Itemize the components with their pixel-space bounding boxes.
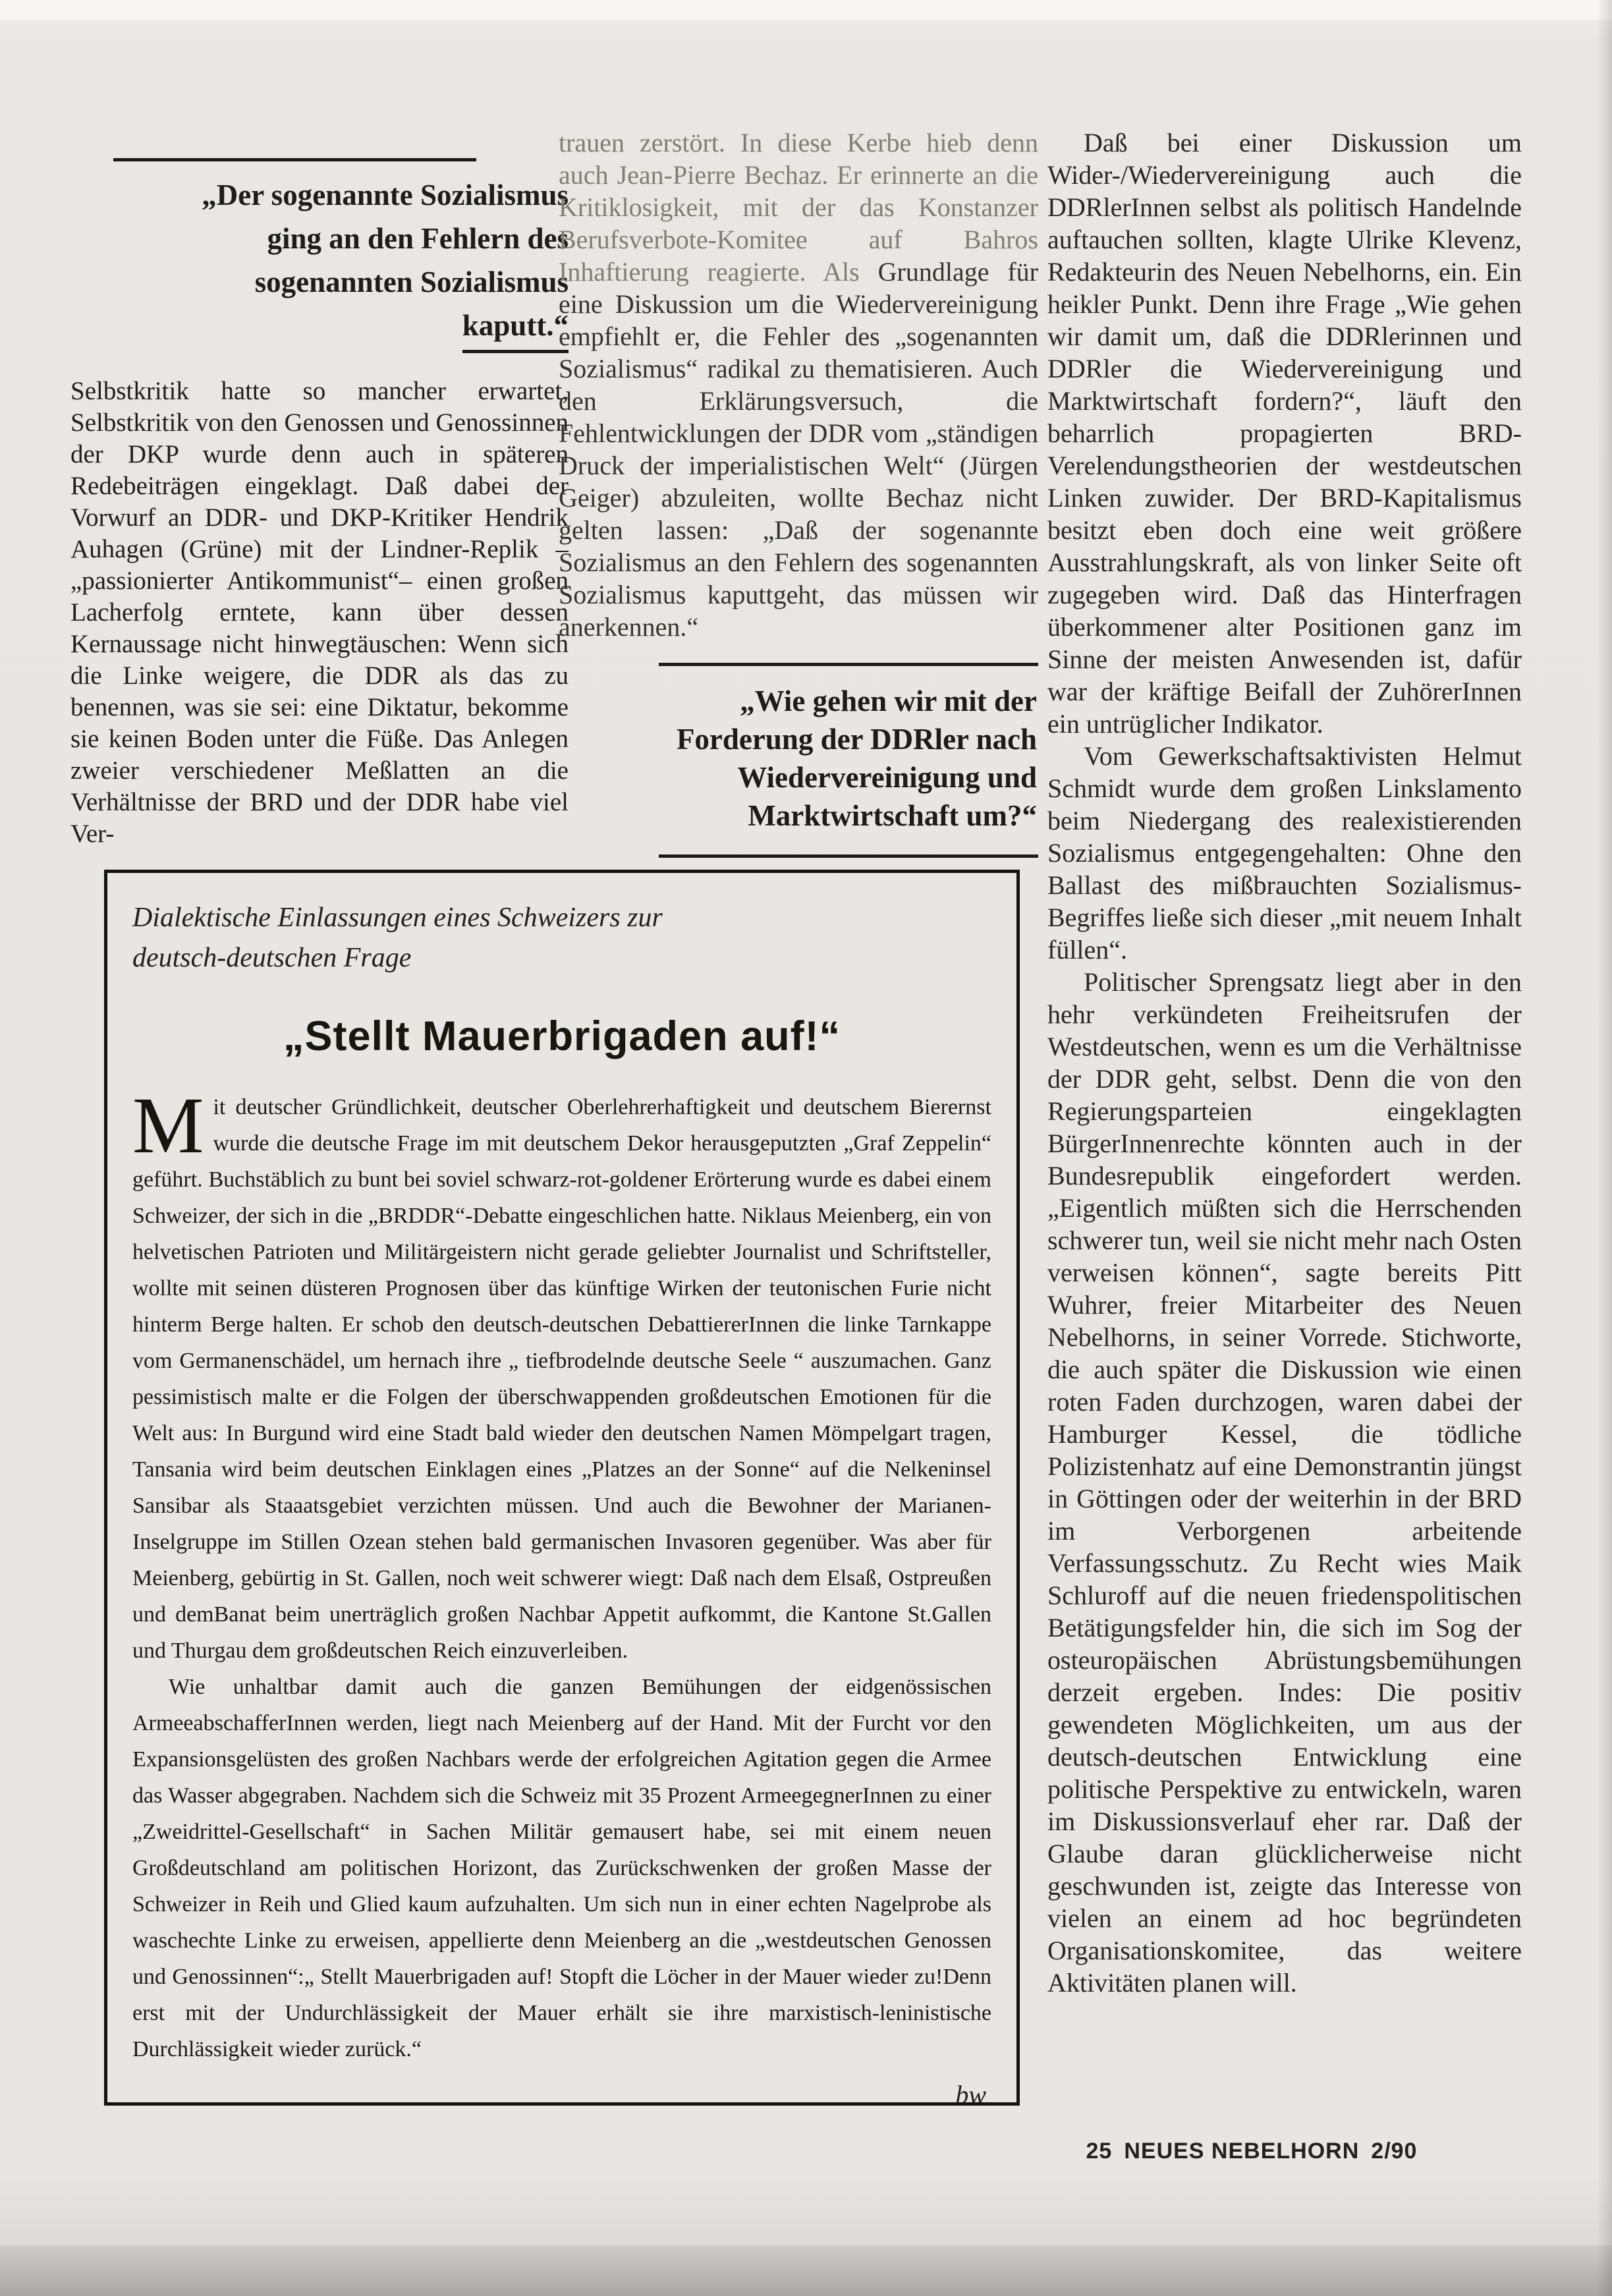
right-column: Daß bei einer Diskussion um Wider-/Wiede…: [1047, 126, 1522, 1999]
body-paragraph-middle: trauen zerstört. In diese Kerbe hieb den…: [559, 126, 1038, 643]
page-footer: 25NEUES NEBELHORN2/90: [1067, 2139, 1436, 2164]
scan-strip-top: [0, 0, 1612, 20]
page-number: 25: [1086, 2139, 1113, 2164]
box-paragraph-1-text: it deutscher Gründlichkeit, deutscher Ob…: [132, 1095, 991, 1663]
headline-underlined-word: kaputt.“: [462, 304, 569, 353]
left-column: „Der sogenannte Sozialismus ging an den …: [70, 158, 569, 868]
box-paragraph-1: Mit deutscher Gründlichkeit, deutscher O…: [132, 1089, 991, 1669]
body-paragraph-right-2: Vom Gewerkschaftsaktivisten Helmut Schmi…: [1047, 740, 1522, 966]
body-paragraph-right-1: Daß bei einer Diskussion um Wider-/Wiede…: [1047, 126, 1522, 740]
author-signature: bw: [132, 2077, 991, 2106]
scan-strip-bottom: [0, 2245, 1612, 2296]
boxed-article: Dialektische Einlassungen eines Schweize…: [104, 870, 1020, 2106]
issue-number: 2/90: [1371, 2139, 1417, 2164]
headline-last-row: kaputt.“: [70, 304, 569, 353]
drop-cap: M: [132, 1089, 213, 1158]
middle-column-text: Grundlage für eine Diskussion um die Wie…: [559, 257, 1038, 642]
headline-top-rule: [113, 158, 476, 161]
article-kicker: Dialektische Einlassungen eines Schweize…: [132, 898, 991, 978]
body-paragraph-right-3: Politischer Sprengsatz liegt aber in den…: [1047, 966, 1522, 1999]
article-headline: „Der sogenannte Sozialismus ging an den …: [70, 173, 569, 304]
pull-quote: „Wie gehen wir mit der Forderung der DDR…: [659, 663, 1038, 858]
scan-edge-right: [1597, 0, 1612, 2296]
body-paragraph-left: Selbstkritik hatte so mancher erwartet, …: [70, 376, 569, 850]
box-body: Mit deutscher Gründlichkeit, deutscher O…: [132, 1089, 991, 2106]
box-paragraph-2: Wie unhaltbar damit auch die ganzen Bemü…: [132, 1669, 991, 2067]
middle-column: trauen zerstört. In diese Kerbe hieb den…: [559, 126, 1038, 868]
magazine-page: „Der sogenannte Sozialismus ging an den …: [0, 0, 1612, 2296]
box-headline: „Stellt Mauerbrigaden auf!“: [132, 1013, 991, 1060]
magazine-title: NEUES NEBELHORN: [1124, 2139, 1359, 2164]
